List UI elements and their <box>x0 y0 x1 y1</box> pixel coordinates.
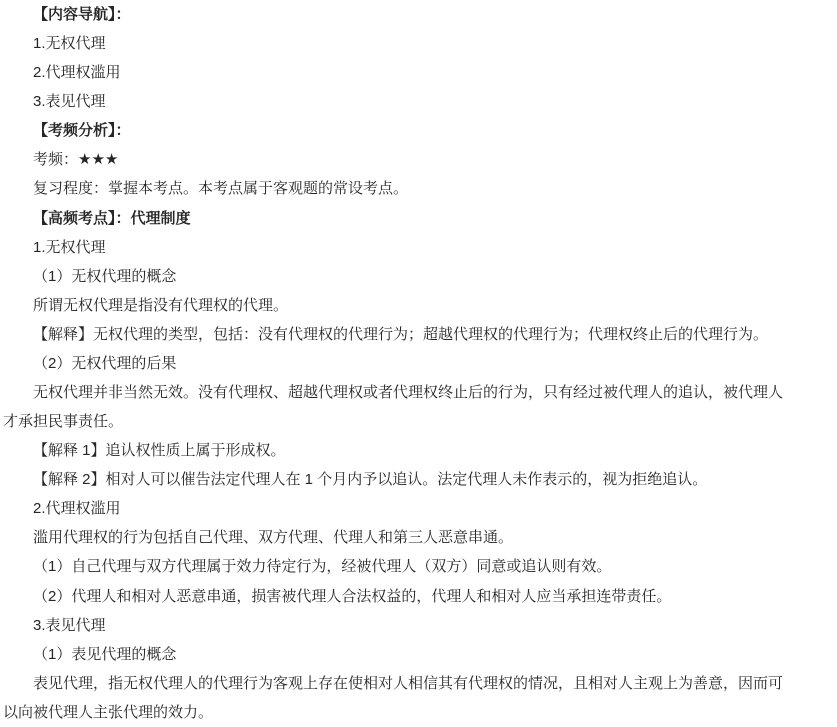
text-line: 2.代理权滥用 <box>3 58 835 87</box>
text-line: 无权代理并非当然无效。没有代理权、超越代理权或者代理权终止后的行为，只有经过被代… <box>3 378 835 407</box>
text-line: 所谓无权代理是指没有代理权的代理。 <box>3 291 835 320</box>
text-line: 【解释 2】相对人可以催告法定代理人在 1 个月内予以追认。法定代理人未作表示的… <box>3 465 835 494</box>
text-line: （2）代理人和相对人恶意串通，损害被代理人合法权益的，代理人和相对人应当承担连带… <box>3 582 835 611</box>
text-line: 【解释】无权代理的类型，包括：没有代理权的代理行为；超越代理权的代理行为；代理权… <box>3 320 835 349</box>
text-line: 表见代理，指无权代理人的代理行为客观上存在使相对人相信其有代理权的情况，且相对人… <box>3 669 835 698</box>
text-line: （2）无权代理的后果 <box>3 349 835 378</box>
text-line: 才承担民事责任。 <box>3 407 835 436</box>
document-body: 【内容导航】：1.无权代理2.代理权滥用3.表见代理【考频分析】：考频：★★★复… <box>0 0 837 727</box>
text-line: 复习程度：掌握本考点。本考点属于客观题的常设考点。 <box>3 174 835 203</box>
heading-line: 【高频考点】：代理制度 <box>3 204 835 233</box>
text-line: 滥用代理权的行为包括自己代理、双方代理、代理人和第三人恶意串通。 <box>3 523 835 552</box>
text-line: 考频：★★★ <box>3 145 835 174</box>
heading-line: 【内容导航】： <box>3 0 835 29</box>
text-line: 3.表见代理 <box>3 87 835 116</box>
text-line: 1.无权代理 <box>3 233 835 262</box>
text-line: 1.无权代理 <box>3 29 835 58</box>
text-line: （1）无权代理的概念 <box>3 262 835 291</box>
text-line: 2.代理权滥用 <box>3 494 835 523</box>
text-line: 3.表见代理 <box>3 611 835 640</box>
text-line: 【解释 1】追认权性质上属于形成权。 <box>3 436 835 465</box>
heading-line: 【考频分析】： <box>3 116 835 145</box>
document-page: 【内容导航】：1.无权代理2.代理权滥用3.表见代理【考频分析】：考频：★★★复… <box>0 0 837 727</box>
text-line: （1）自己代理与双方代理属于效力待定行为，经被代理人（双方）同意或追认则有效。 <box>3 552 835 581</box>
text-line: （1）表见代理的概念 <box>3 640 835 669</box>
text-line: 以向被代理人主张代理的效力。 <box>3 698 835 727</box>
